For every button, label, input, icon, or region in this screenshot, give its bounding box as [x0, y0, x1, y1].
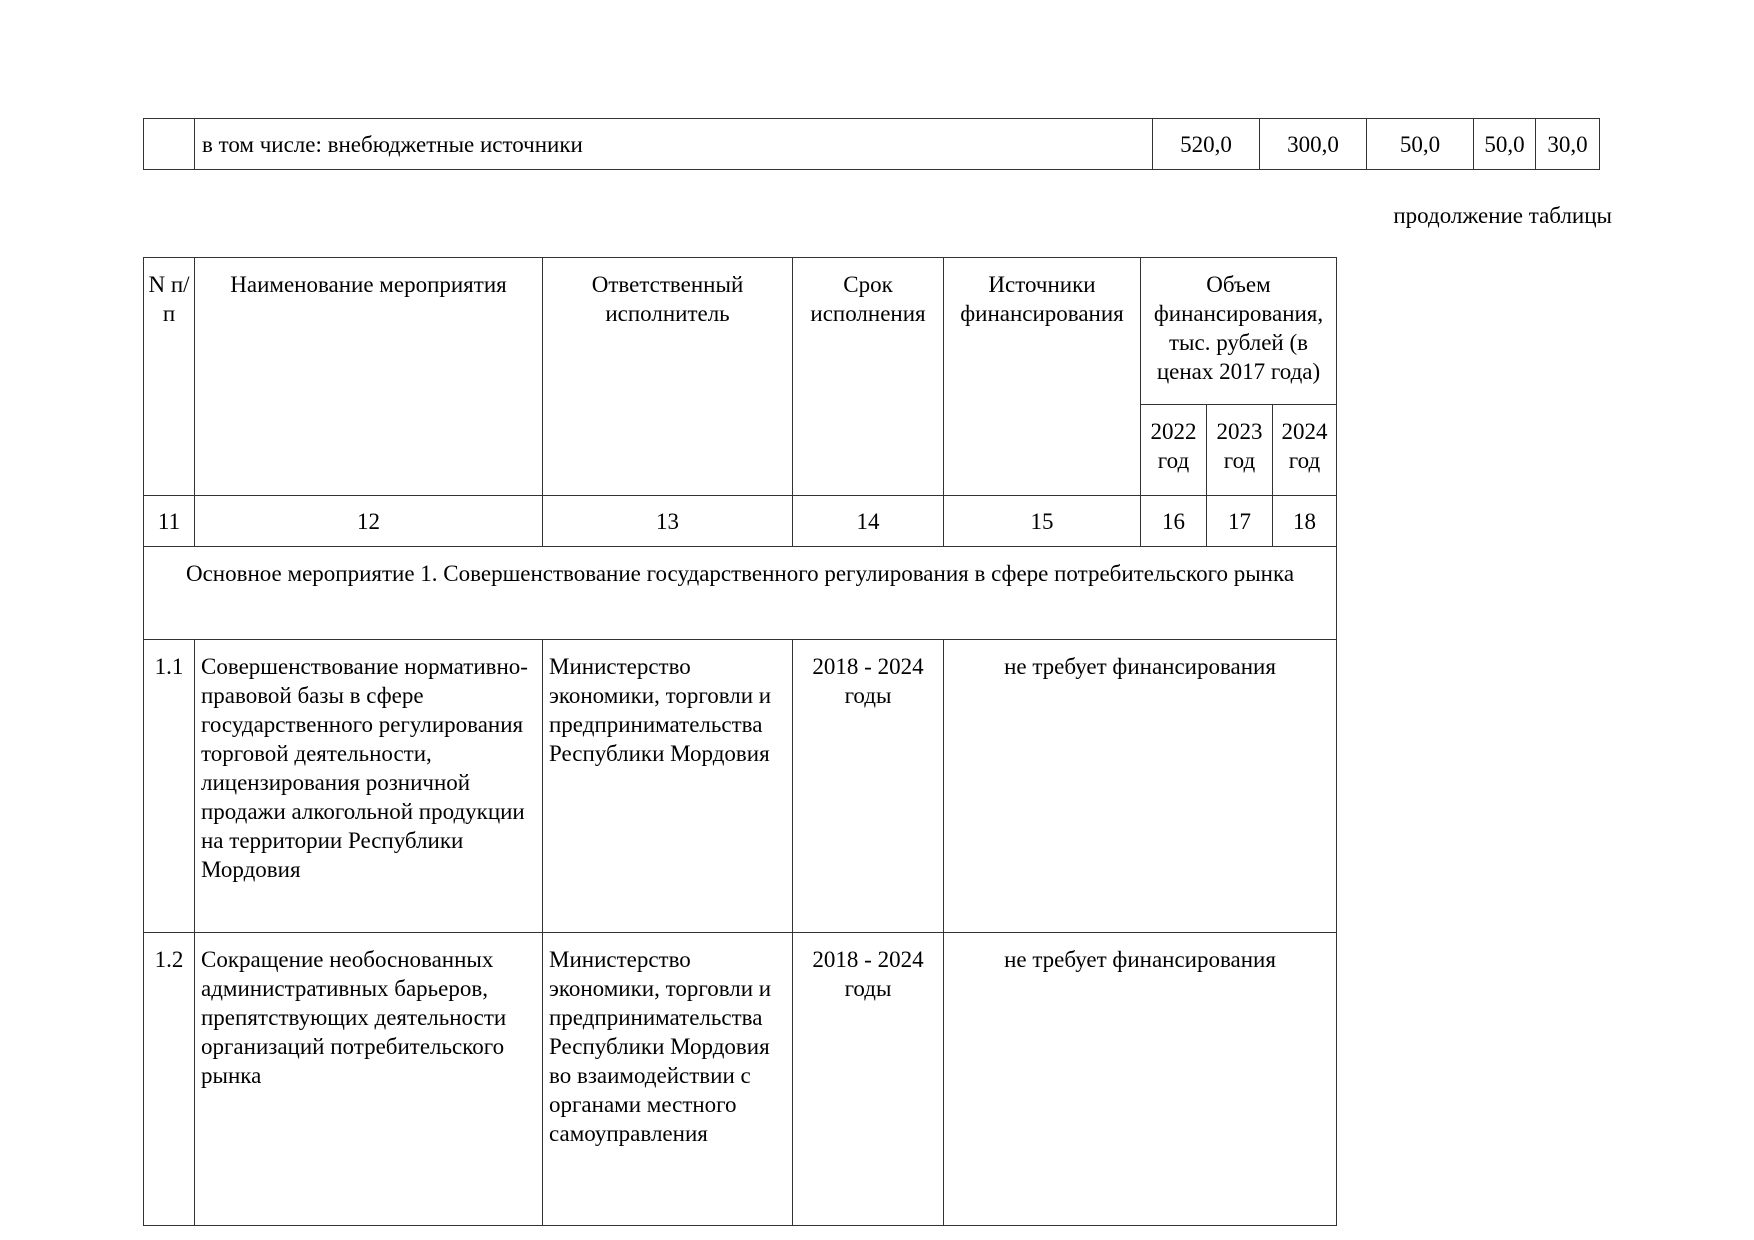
- row-executor: Министерство экономики, торговли и предп…: [543, 640, 793, 933]
- column-numbers-row: 11 12 13 14 15 16 17 18: [144, 496, 1337, 547]
- column-number: 13: [543, 496, 793, 547]
- row-executor: Министерство экономики, торговли и предп…: [543, 933, 793, 1226]
- row-name: Совершенствование нормативно-правовой ба…: [195, 640, 543, 933]
- column-number: 12: [195, 496, 543, 547]
- column-number: 17: [1207, 496, 1273, 547]
- header-sources: Источники финансирования: [944, 258, 1141, 496]
- top-table-fragment: в том числе: внебюджетные источники 520,…: [143, 118, 1600, 170]
- section-row: Основное мероприятие 1. Совершенствовани…: [144, 547, 1337, 640]
- column-number: 14: [793, 496, 944, 547]
- header-number: N п/п: [144, 258, 195, 496]
- header-name: Наименование мероприятия: [195, 258, 543, 496]
- header-year-2024: 2024 год: [1273, 405, 1337, 496]
- row-financing: не требует финансирования: [944, 933, 1337, 1226]
- continuation-label: продолжение таблицы: [1370, 203, 1612, 229]
- column-number: 18: [1273, 496, 1337, 547]
- row-number-cell: [144, 119, 195, 170]
- header-row: N п/п Наименование мероприятия Ответстве…: [144, 258, 1337, 405]
- row-label-cell: в том числе: внебюджетные источники: [195, 119, 1153, 170]
- header-volume: Объем финансирования, тыс. рублей (в цен…: [1141, 258, 1337, 405]
- section-title: Основное мероприятие 1. Совершенствовани…: [144, 547, 1337, 640]
- main-table: N п/п Наименование мероприятия Ответстве…: [143, 257, 1337, 1226]
- row-financing: не требует финансирования: [944, 640, 1337, 933]
- table-row: в том числе: внебюджетные источники 520,…: [144, 119, 1600, 170]
- table-row: 1.2 Сокращение необоснованных администра…: [144, 933, 1337, 1226]
- header-term: Срок исполнения: [793, 258, 944, 496]
- row-number: 1.1: [144, 640, 195, 933]
- header-year-2023: 2023 год: [1207, 405, 1273, 496]
- value-cell: 520,0: [1153, 119, 1260, 170]
- column-number: 11: [144, 496, 195, 547]
- column-number: 16: [1141, 496, 1207, 547]
- value-cell: 50,0: [1474, 119, 1536, 170]
- value-cell: 30,0: [1536, 119, 1600, 170]
- value-cell: 50,0: [1367, 119, 1474, 170]
- row-term: 2018 - 2024 годы: [793, 640, 944, 933]
- value-cell: 300,0: [1260, 119, 1367, 170]
- row-term: 2018 - 2024 годы: [793, 933, 944, 1226]
- column-number: 15: [944, 496, 1141, 547]
- row-number: 1.2: [144, 933, 195, 1226]
- header-executor: Ответственный исполнитель: [543, 258, 793, 496]
- table-row: 1.1 Совершенствование нормативно-правово…: [144, 640, 1337, 933]
- row-name: Сокращение необоснованных административн…: [195, 933, 543, 1226]
- header-year-2022: 2022 год: [1141, 405, 1207, 496]
